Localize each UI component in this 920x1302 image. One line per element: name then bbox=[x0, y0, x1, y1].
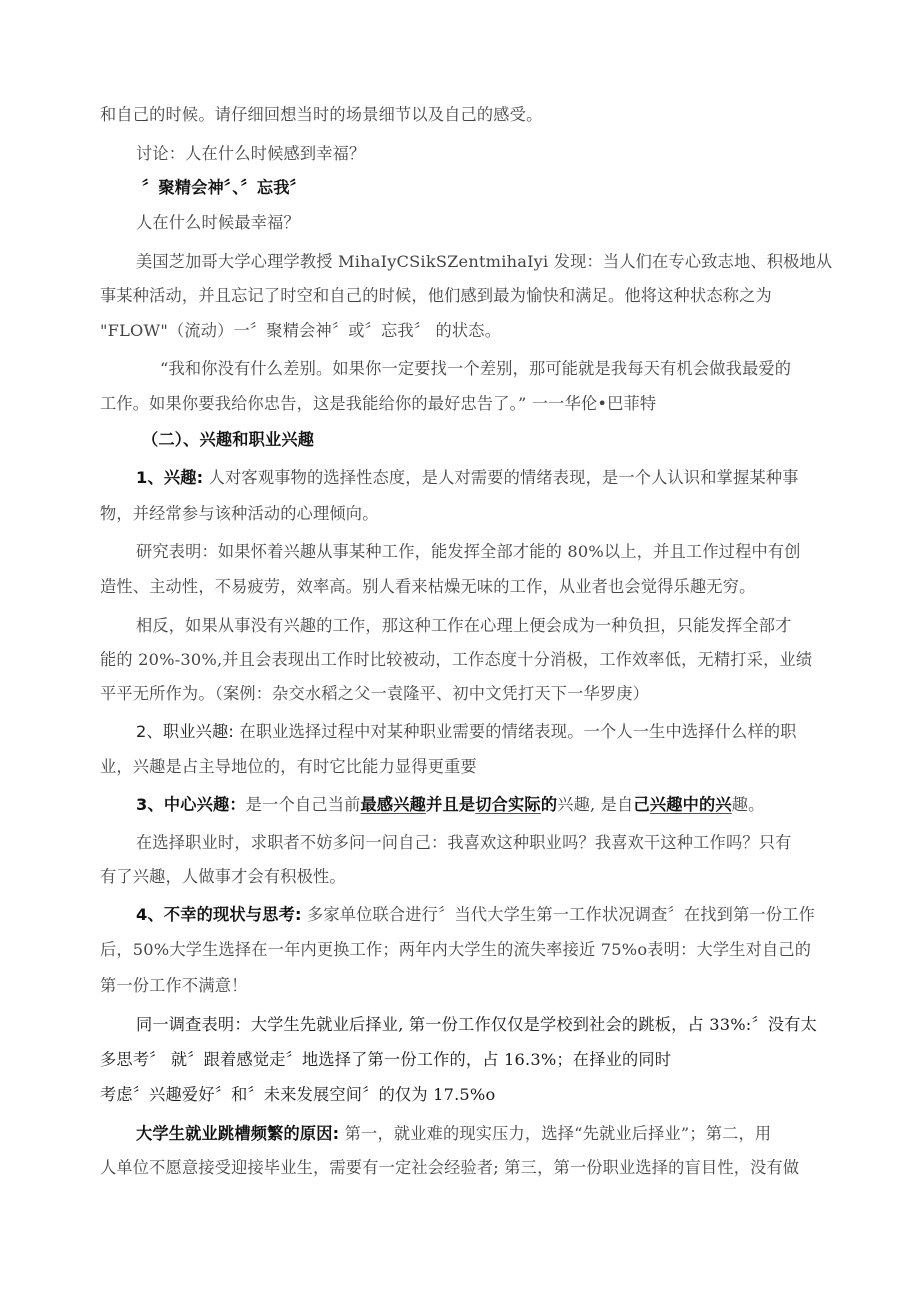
section-heading-interest: （二）、兴趣和职业兴趣 bbox=[142, 429, 314, 451]
term-label: 1、兴趣: bbox=[136, 468, 203, 487]
definition-career-interest: 2、职业兴趣: 在职业选择过程中对某种职业需要的情绪表现。一个人一生中选择什么样… bbox=[136, 721, 797, 743]
quote-line: “我和你没有什么差别。如果你一定要找一个差别，那可能就是我每天有机会做我最爱的 bbox=[160, 358, 791, 380]
text-line: 研究表明：如果怀着兴趣从事某种工作，能发挥全部才能的 80%以上，并且工作过程中… bbox=[136, 541, 801, 563]
text-line: 后，50%大学生选择在一年内更换工作；两年内大学生的流失率接近 75%o表明：大… bbox=[100, 939, 811, 961]
definition-interest: 1、兴趣: 人对客观事物的选择性态度，是人对需要的情绪表现，是一个人认识和掌握某… bbox=[136, 467, 799, 489]
text-line: 和自己的时候。请仔细回想当时的场景细节以及自己的感受。 bbox=[100, 104, 542, 126]
reasons-paragraph: 大学生就业跳槽频繁的原因: 第一，就业难的现实压力，选择“先就业后择业”；第二，… bbox=[136, 1123, 771, 1145]
term-label: 大学生就业跳槽频繁的原因: bbox=[136, 1124, 339, 1143]
text-line: 人单位不愿意接受迎接毕业生，需要有一定社会经验者; 第三，第一份职业选择的盲目性… bbox=[100, 1157, 799, 1179]
emphasis-text: 并且是 bbox=[426, 795, 475, 814]
definition-text: 人对客观事物的选择性态度，是人对需要的情绪表现，是一个人认识和掌握某种事 bbox=[203, 468, 798, 487]
text-line: 美国芝加哥大学心理学教授 MihaIyCSikSZentmihaIyi 发现：当… bbox=[136, 251, 832, 273]
term-label: 4、不幸的现状与思考: bbox=[136, 905, 302, 924]
text-line: 人在什么时候最幸福？ bbox=[136, 212, 300, 234]
text-line: 物，并经常参与该种活动的心理倾向。 bbox=[100, 503, 379, 525]
definition-text: 兴趣, 是自 bbox=[557, 795, 633, 814]
emphasis-text: 的 bbox=[541, 795, 557, 814]
text-line: 同一调查表明：大学生先就业后择业, 第一份工作仅仅是学校到社会的跳板，占 33%… bbox=[136, 1014, 817, 1036]
document-page: 和自己的时候。请仔细回想当时的场景细节以及自己的感受。 讨论：人在什么时候感到幸… bbox=[0, 0, 920, 1302]
emphasis-text: 切合实际 bbox=[475, 795, 541, 814]
emphasis-text: 己 bbox=[633, 795, 649, 814]
text-line: 相反，如果从事没有兴趣的工作，那这种工作在心理上便会成为一种负担，只能发挥全部才 bbox=[136, 615, 792, 637]
text-line: 事某种活动，并且忘记了时空和自己的时候，他们感到最为愉快和满足。他将这种状态称之… bbox=[100, 285, 772, 307]
text-line: 考虑〞兴趣爱好〞和〞未来发展空间〞的仅为 17.5%o bbox=[100, 1084, 495, 1106]
text-line: 能的 20%-30%,并且会表现出工作时比较被动，工作态度十分消极，工作效率低，… bbox=[100, 649, 812, 671]
definition-central-interest: 3、中心兴趣：是一个自己当前最感兴趣并且是切合实际的兴趣, 是自己兴趣中的兴趣。 bbox=[136, 794, 765, 816]
quote-line: 工作。如果你要我给你忠告，这是我能给你的最好忠告了。” 一一华伦•巴菲特 bbox=[100, 393, 656, 415]
emphasis-text: 兴趣中的兴 bbox=[650, 795, 732, 814]
text-line: 多思考〞 就〞跟着感觉走〞地选择了第一份工作的，占 16.3%；在择业的同时 bbox=[100, 1049, 671, 1071]
heading-concentration: 〞聚精会神〞、〞忘我〞 bbox=[142, 177, 306, 199]
term-label: 2、职业兴趣: bbox=[136, 722, 234, 741]
text-line: 在选择职业时，求职者不妨多问一问自己：我喜欢这种职业吗？我喜欢干这种工作吗？只有 bbox=[136, 832, 792, 854]
definition-status-reflection: 4、不幸的现状与思考: 多家单位联合进行〞当代大学生第一工作状况调查〞在找到第一… bbox=[136, 904, 815, 926]
text-line: 第一份工作不满意！ bbox=[100, 975, 248, 997]
definition-text: 是一个自己当前 bbox=[246, 795, 361, 814]
emphasis-text: 最感兴趣 bbox=[361, 795, 427, 814]
text-line: "FLOW"（流动）一〞聚精会神〞或〞忘我〞 的状态。 bbox=[100, 320, 501, 342]
definition-text: 多家单位联合进行〞当代大学生第一工作状况调查〞在找到第一份工作 bbox=[302, 905, 815, 924]
definition-text: 第一，就业难的现实压力，选择“先就业后择业”；第二，用 bbox=[339, 1124, 771, 1143]
definition-text: 在职业选择过程中对某种职业需要的情绪表现。一个人一生中选择什么样的职 bbox=[234, 722, 797, 741]
term-label: 3、中心兴趣： bbox=[136, 795, 246, 814]
text-line: 造性、主动性，不易疲劳，效率高。别人看来枯燥无味的工作，从业者也会觉得乐趣无穷。 bbox=[100, 576, 756, 598]
text-line: 平平无所作为。（案例：杂交水稻之父一袁隆平、初中文凭打天下一华罗庚） bbox=[100, 683, 649, 705]
definition-text: 趣。 bbox=[732, 795, 765, 814]
text-line: 业，兴趣是占主导地位的，有时它比能力显得更重要 bbox=[100, 756, 477, 778]
text-line: 讨论：人在什么时候感到幸福？ bbox=[136, 143, 365, 165]
text-line: 有了兴趣，人做事才会有积极性。 bbox=[100, 866, 346, 888]
